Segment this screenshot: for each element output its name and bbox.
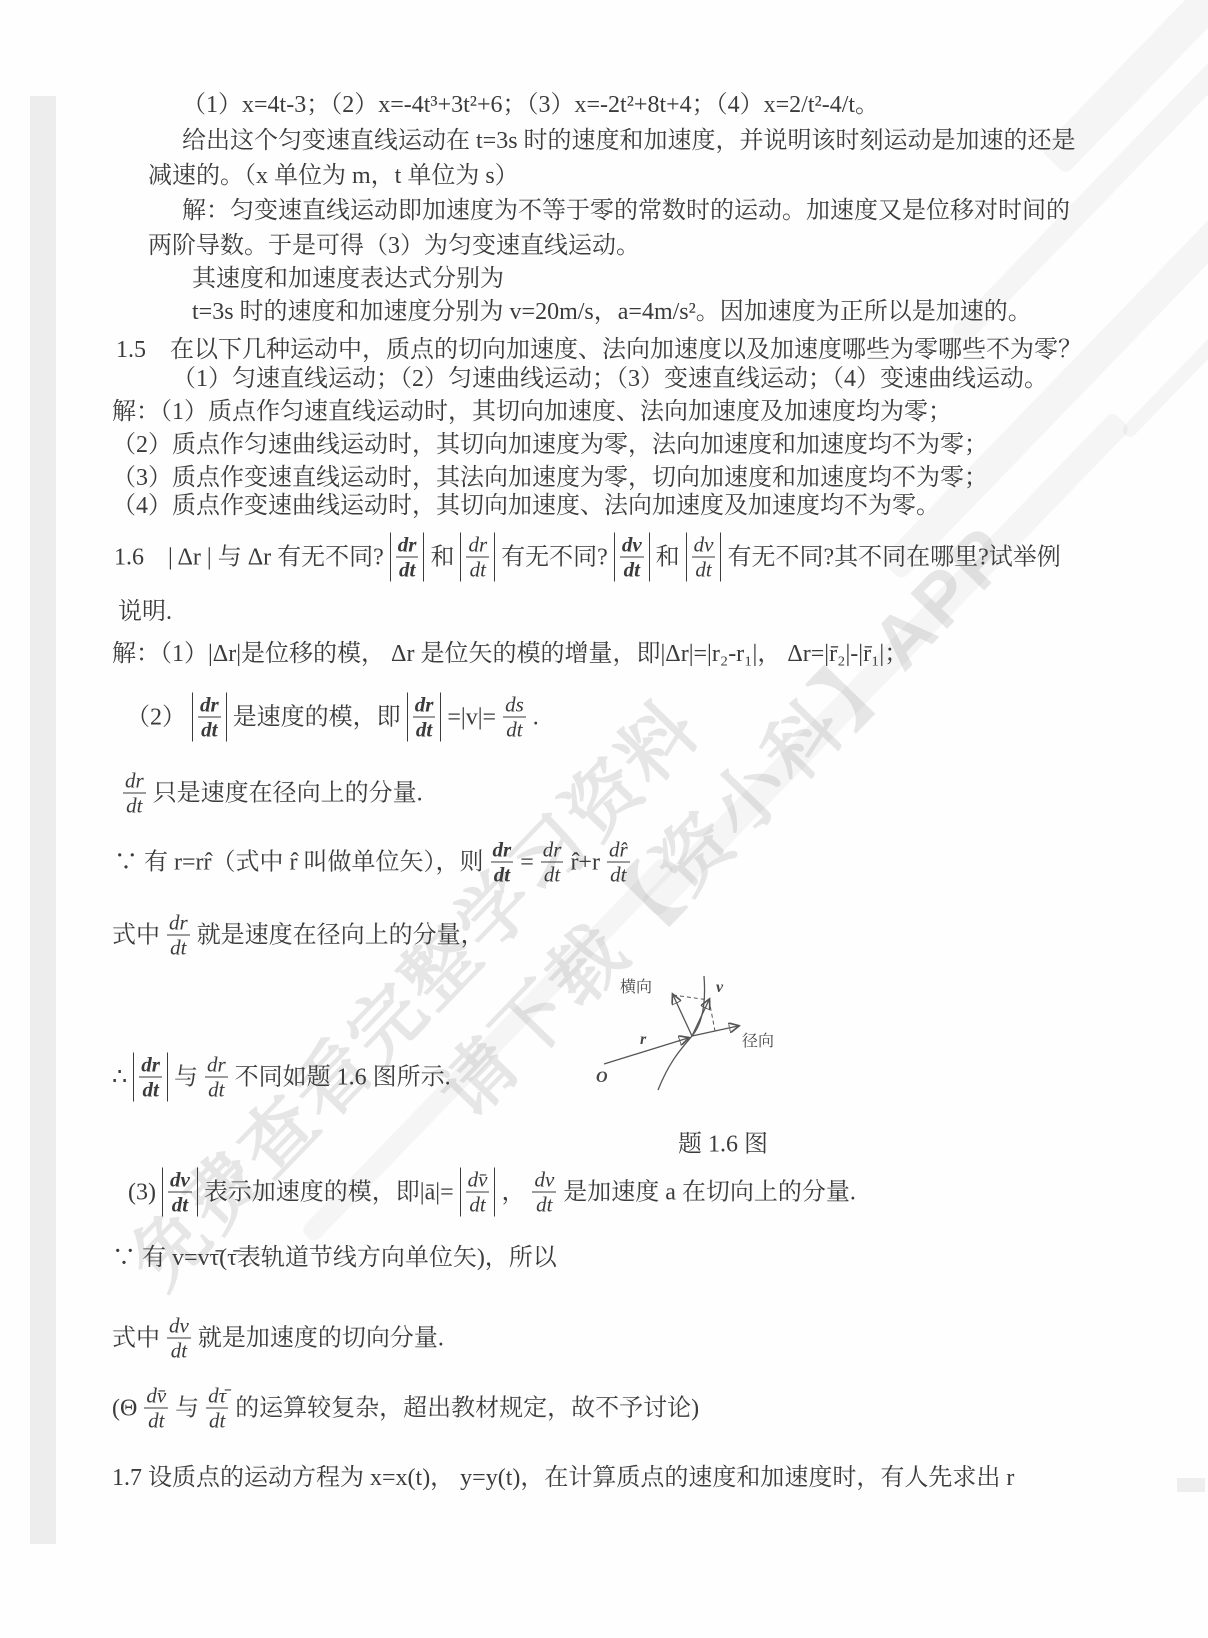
- doc-line-1-5-cases: （1）匀速直线运动；（2）匀速曲线运动；（3）变速直线运动；（4）变速曲线运动。: [172, 364, 1048, 394]
- doc-line-1-6-sol1: 解：（1）|Δr|是位移的模， Δr 是位矢的模的增量，即|Δr|=|r₂-r₁…: [112, 639, 908, 669]
- figure-label-v: v: [716, 979, 724, 996]
- solution-text: ，: [501, 1177, 525, 1207]
- doc-line-1-6-sol3: (3) dvdt 表示加速度的模，即|ā|= dv̄dt ， dvdt 是加速度…: [128, 1168, 856, 1217]
- parallelogram-dashed-edge: [673, 995, 709, 1000]
- therefore-symbol: ∴: [112, 1062, 127, 1092]
- figure-caption: 题 1.6 图: [678, 1124, 768, 1159]
- fraction-dr-dt-scalar: drdt: [167, 911, 190, 960]
- fraction-dv-dt-scalar: dvdt: [686, 533, 722, 582]
- figure-label-origin: O: [596, 1069, 608, 1086]
- figure-label-radial: 径向: [742, 1032, 774, 1050]
- fraction-dr-dt-vector: drdt: [390, 533, 425, 582]
- doc-line-1-5-ans4: （4）质点作变速曲线运动时，其切向加速度、法向加速度及加速度均不为零。: [112, 491, 940, 521]
- solution-text: 不同如题 1.6 图所示.: [235, 1062, 451, 1092]
- doc-line-sol14-1: 解：匀变速直线运动即加速度为不等于零的常数时的运动。加速度又是位移对时间的: [182, 196, 1070, 226]
- solution-text: 与: [174, 1062, 198, 1092]
- doc-line-unit-vector-eq: ∵ 有 r=rr̂（式中 r̂ 叫做单位矢），则 drdt = drdt r̂+…: [114, 838, 635, 887]
- fraction-dr-dt-scalar: drdt: [205, 1053, 228, 1102]
- solution-text: （2）: [126, 702, 186, 732]
- doc-line-1-6-cont: 说明.: [118, 597, 172, 627]
- scan-left-margin-strip: [30, 96, 56, 1544]
- scan-corner-artifact: [1177, 1478, 1205, 1492]
- fraction-dv-dt-vector: dvdt: [614, 533, 650, 582]
- doc-line-tangential-note: 式中 dvdt 就是加速度的切向分量.: [112, 1314, 444, 1363]
- fraction-dr-dt-scalar: drdt: [123, 769, 146, 818]
- solution-text: 就是速度在径向上的分量，: [197, 920, 485, 950]
- velocity-vector-arrow: [692, 1000, 709, 1036]
- figure-label-transverse: 横向: [620, 978, 652, 996]
- question-text: 和: [430, 542, 454, 572]
- doc-line-radial-note: 式中 drdt 就是速度在径向上的分量，: [112, 911, 485, 960]
- question-text: 有无不同?其不同在哪里?试举例: [727, 542, 1060, 572]
- solution-text: 式中: [112, 1323, 160, 1353]
- parallelogram-dashed-edge: [709, 1000, 715, 1031]
- solution-text: ∵ 有 r=rr̂（式中 r̂ 叫做单位矢），则: [114, 847, 484, 877]
- doc-line-radial-component: drdt 只是速度在径向上的分量.: [118, 769, 423, 818]
- doc-line-problem-1-7: 1.7 设质点的运动方程为 x=x(t)， y=y(t)，在计算质点的速度和加速…: [112, 1463, 1014, 1493]
- solution-text: (Θ: [112, 1393, 137, 1423]
- figure-1-6-diagram: 横向 v r 径向 O: [556, 942, 806, 1092]
- solution-text: =|v|=: [447, 702, 496, 732]
- fraction-dr-dt-vector: drdt: [192, 693, 227, 742]
- doc-line-sol14-4: t=3s 时的速度和加速度分别为 v=20m/s，a=4m/s²。因加速度为正所…: [192, 297, 1032, 327]
- solution-text: 表示加速度的模，即|ā|=: [204, 1177, 454, 1207]
- doc-line-tau-note: ∵ 有 v=vτ̄(τ̄表轨道节线方向单位矢)，所以: [112, 1243, 557, 1273]
- fraction-ds-dt: dsdt: [503, 693, 526, 742]
- solution-text: =: [520, 847, 534, 877]
- fraction-dtaubar-dt: dτ̄dt: [206, 1384, 228, 1433]
- fraction-dvbar-dt: dv̄dt: [460, 1168, 496, 1217]
- solution-text: 式中: [112, 920, 160, 950]
- question-text: 和: [656, 542, 680, 572]
- doc-line-1-5-ans2: （2）质点作匀速曲线运动时，其切向加速度为零，法向加速度和加速度均不为零；: [112, 430, 988, 460]
- solution-text: 就是加速度的切向分量.: [198, 1323, 444, 1353]
- fraction-drhat-dt: dr̂dt: [607, 838, 630, 887]
- fraction-dv-dt-vector: dvdt: [162, 1168, 198, 1217]
- doc-line-sol14-2: 两阶导数。于是可得（3）为匀变速直线运动。: [148, 231, 640, 261]
- solution-text: 的运算较复杂，超出教材规定，故不予讨论): [235, 1393, 699, 1423]
- fraction-dv-dt-scalar: dvdt: [167, 1314, 191, 1363]
- question-text: 1.6 | Δr | 与 Δr 有无不同?: [114, 542, 384, 572]
- solution-text: 只是速度在径向上的分量.: [153, 778, 423, 808]
- doc-line-therefore: ∴ drdt 与 drdt 不同如题 1.6 图所示.: [112, 1053, 451, 1102]
- solution-text: 是速度的模，即: [233, 702, 401, 732]
- fraction-dr-dt-scalar: drdt: [460, 533, 495, 582]
- doc-line-1-5-ans1: 解：（1）质点作匀速直线运动时，其切向加速度、法向加速度及加速度均为零；: [112, 397, 952, 427]
- doc-line-q14-2: 减速的。（x 单位为 m，t 单位为 s）: [148, 161, 519, 191]
- fraction-dr-dt-vector: drdt: [491, 838, 514, 887]
- fraction-dr-dt-scalar: drdt: [541, 838, 564, 887]
- fraction-dvbar-dt: dv̄dt: [144, 1384, 168, 1433]
- fraction-dr-dt-vector: drdt: [407, 693, 442, 742]
- transverse-direction-arrow: [673, 995, 692, 1036]
- doc-line-problem-1-6: 1.6 | Δr | 与 Δr 有无不同? drdt 和 drdt 有无不同? …: [114, 533, 1061, 582]
- fraction-dv-dt-scalar: dvdt: [532, 1168, 556, 1217]
- doc-line-q14-1: 给出这个匀变速直线运动在 t=3s 时的速度和加速度，并说明该时刻运动是加速的还…: [182, 126, 1076, 156]
- solution-text: r̂+r: [570, 847, 600, 877]
- doc-line-1-6-sol2: （2） drdt 是速度的模，即 drdt =|v|= dsdt .: [126, 693, 539, 742]
- trajectory-curve: [658, 976, 705, 1090]
- question-text: 有无不同?: [501, 542, 608, 572]
- solution-text: (3): [128, 1177, 156, 1207]
- figure-label-r: r: [640, 1031, 647, 1048]
- scanned-textbook-page: { "lines": { "l01": "（1）x=4t-3；（2）x=-4t³…: [0, 0, 1208, 1638]
- doc-line-eq-list: （1）x=4t-3；（2）x=-4t³+3t²+6；（3）x=-2t²+8t+4…: [182, 90, 879, 120]
- solution-text: 与: [175, 1393, 199, 1423]
- doc-line-problem-1-5: 1.5 在以下几种运动中，质点的切向加速度、法向加速度以及加速度哪些为零哪些不为…: [116, 335, 1082, 365]
- fraction-dr-dt-vector: drdt: [133, 1053, 168, 1102]
- doc-line-1-5-ans3: （3）质点作变速直线运动时，其法向加速度为零，切向加速度和加速度均不为零；: [112, 463, 988, 493]
- doc-line-sol14-3: 其速度和加速度表达式分别为: [192, 264, 504, 294]
- doc-line-remark: (Θ dv̄dt 与 dτ̄dt 的运算较复杂，超出教材规定，故不予讨论): [112, 1384, 699, 1433]
- solution-text: .: [533, 702, 539, 732]
- solution-text: 是加速度 a 在切向上的分量.: [563, 1177, 856, 1207]
